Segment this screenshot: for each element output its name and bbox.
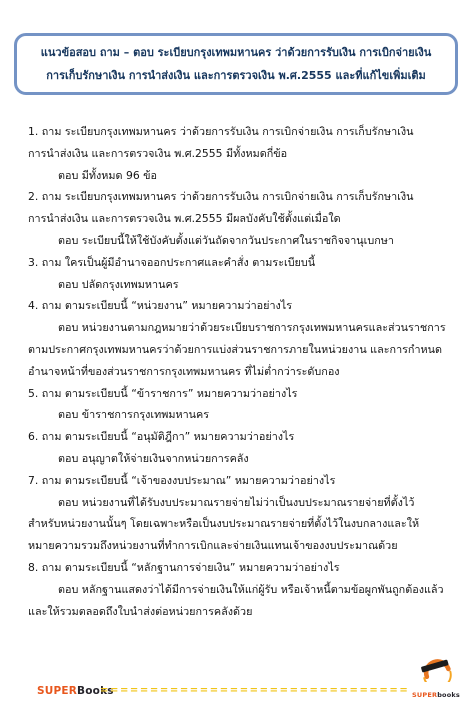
question-2: 2. ถาม ระเบียบกรุงเทพมหานคร ว่าด้วยการรั… [28, 186, 446, 230]
answer-8: ตอบ หลักฐานแสดงว่าได้มีการจ่ายเงินให้แก่… [28, 579, 446, 623]
question-3: 3. ถาม ใครเป็นผู้มีอำนาจออกประกาศและคำสั… [28, 252, 446, 274]
document-page: แนวข้อสอบ ถาม – ตอบ ระเบียบกรุงเทพมหานคร… [0, 0, 472, 719]
question-4: 4. ถาม ตามระเบียบนี้ “หน่วยงาน” หมายความ… [28, 295, 446, 317]
answer-7: ตอบ หน่วยงานที่ได้รับงบประมาณรายจ่ายไม่ว… [28, 492, 446, 557]
title-box: แนวข้อสอบ ถาม – ตอบ ระเบียบกรุงเทพมหานคร… [14, 33, 458, 95]
superbooks-swoosh-icon [416, 652, 456, 682]
footer-brand-super: SUPER [37, 685, 77, 697]
logo-text-super: SUPER [412, 691, 437, 699]
answer-1: ตอบ มีทั้งหมด 96 ข้อ [28, 165, 446, 187]
document-title: แนวข้อสอบ ถาม – ตอบ ระเบียบกรุงเทพมหานคร… [37, 41, 435, 87]
footer-divider: ========================================… [100, 685, 410, 696]
answer-4: ตอบ หน่วยงานตามกฎหมายว่าด้วยระเบียบราชกา… [28, 317, 446, 382]
answer-3: ตอบ ปลัดกรุงเทพมหานคร [28, 274, 446, 296]
question-7: 7. ถาม ตามระเบียบนี้ “เจ้าของงบประมาณ” ห… [28, 470, 446, 492]
answer-2: ตอบ ระเบียบนี้ให้ใช้บังคับตั้งแต่วันถัดจ… [28, 230, 446, 252]
superbooks-logo-text: SUPERbooks [412, 691, 460, 699]
question-6: 6. ถาม ตามระเบียบนี้ “อนุมัติฎีกา” หมายค… [28, 426, 446, 448]
page-footer: SUPERBooks =============================… [0, 659, 472, 719]
answer-6: ตอบ อนุญาตให้จ่ายเงินจากหน่วยการคลัง [28, 448, 446, 470]
question-1: 1. ถาม ระเบียบกรุงเทพมหานคร ว่าด้วยการรั… [28, 121, 446, 165]
question-8: 8. ถาม ตามระเบียบนี้ “หลักฐานการจ่ายเงิน… [28, 557, 446, 579]
superbooks-logo: SUPERbooks [410, 652, 462, 701]
question-5: 5. ถาม ตามระเบียบนี้ “ข้าราชการ” หมายควา… [28, 383, 446, 405]
answer-5: ตอบ ข้าราชการกรุงเทพมหานคร [28, 404, 446, 426]
qa-body: 1. ถาม ระเบียบกรุงเทพมหานคร ว่าด้วยการรั… [28, 121, 446, 622]
logo-text-books: books [437, 691, 460, 699]
